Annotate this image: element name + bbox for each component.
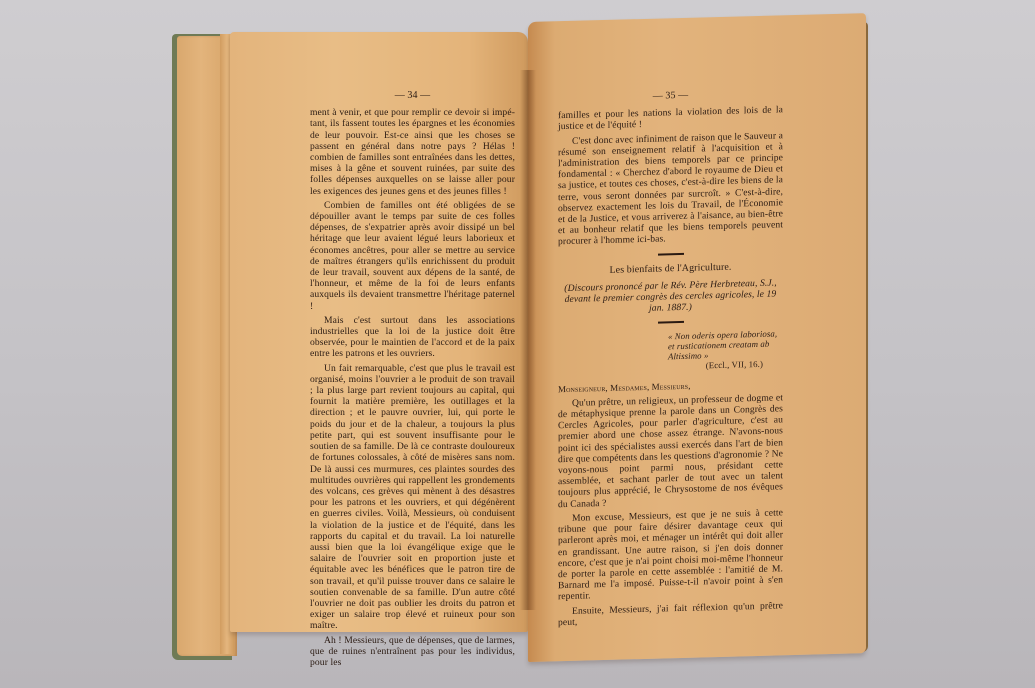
paragraph: Ensuite, Messieurs, j'ai fait réflexion … — [558, 600, 783, 628]
paragraph: Mon excuse, Messieurs, est que je ne sui… — [558, 507, 783, 603]
book-gutter — [520, 70, 536, 610]
paragraph: Qu'un prêtre, un religieux, un professeu… — [558, 392, 783, 510]
left-page: — 34 — ment à venir, et que pour remplir… — [230, 32, 528, 632]
paragraph: Mais c'est surtout dans les associations… — [310, 315, 515, 360]
page-number-34: — 34 — — [310, 90, 515, 101]
right-page-text: — 35 — familles et pour les nations la v… — [558, 87, 783, 628]
section-title: Les bienfaits de l'Agriculture. — [558, 260, 783, 277]
section-subtitle: (Discours prononcé par le Rév. Père Herb… — [558, 277, 783, 317]
paragraph: Combien de familles ont été obligées de … — [310, 200, 515, 312]
divider-rule — [658, 253, 684, 256]
paragraph: Un fait remarquable, c'est que plus le t… — [310, 363, 515, 632]
paragraph: ment à venir, et que pour remplir ce dev… — [310, 107, 515, 197]
paragraph: C'est donc avec infiniment de raison que… — [558, 130, 783, 248]
right-page: — 35 — familles et pour les nations la v… — [528, 13, 866, 662]
paragraph: familles et pour les nations la violatio… — [558, 105, 783, 133]
paragraph: Ah ! Messieurs, que de dépenses, que de … — [310, 635, 515, 669]
left-page-text: — 34 — ment à venir, et que pour remplir… — [310, 90, 515, 668]
epigraph: « Non oderis opera laboriosa, et rustica… — [668, 329, 783, 362]
page-number-35: — 35 — — [558, 87, 783, 104]
divider-rule — [658, 321, 684, 324]
epigraph-reference: (Eccl., VII, 16.) — [558, 359, 763, 376]
